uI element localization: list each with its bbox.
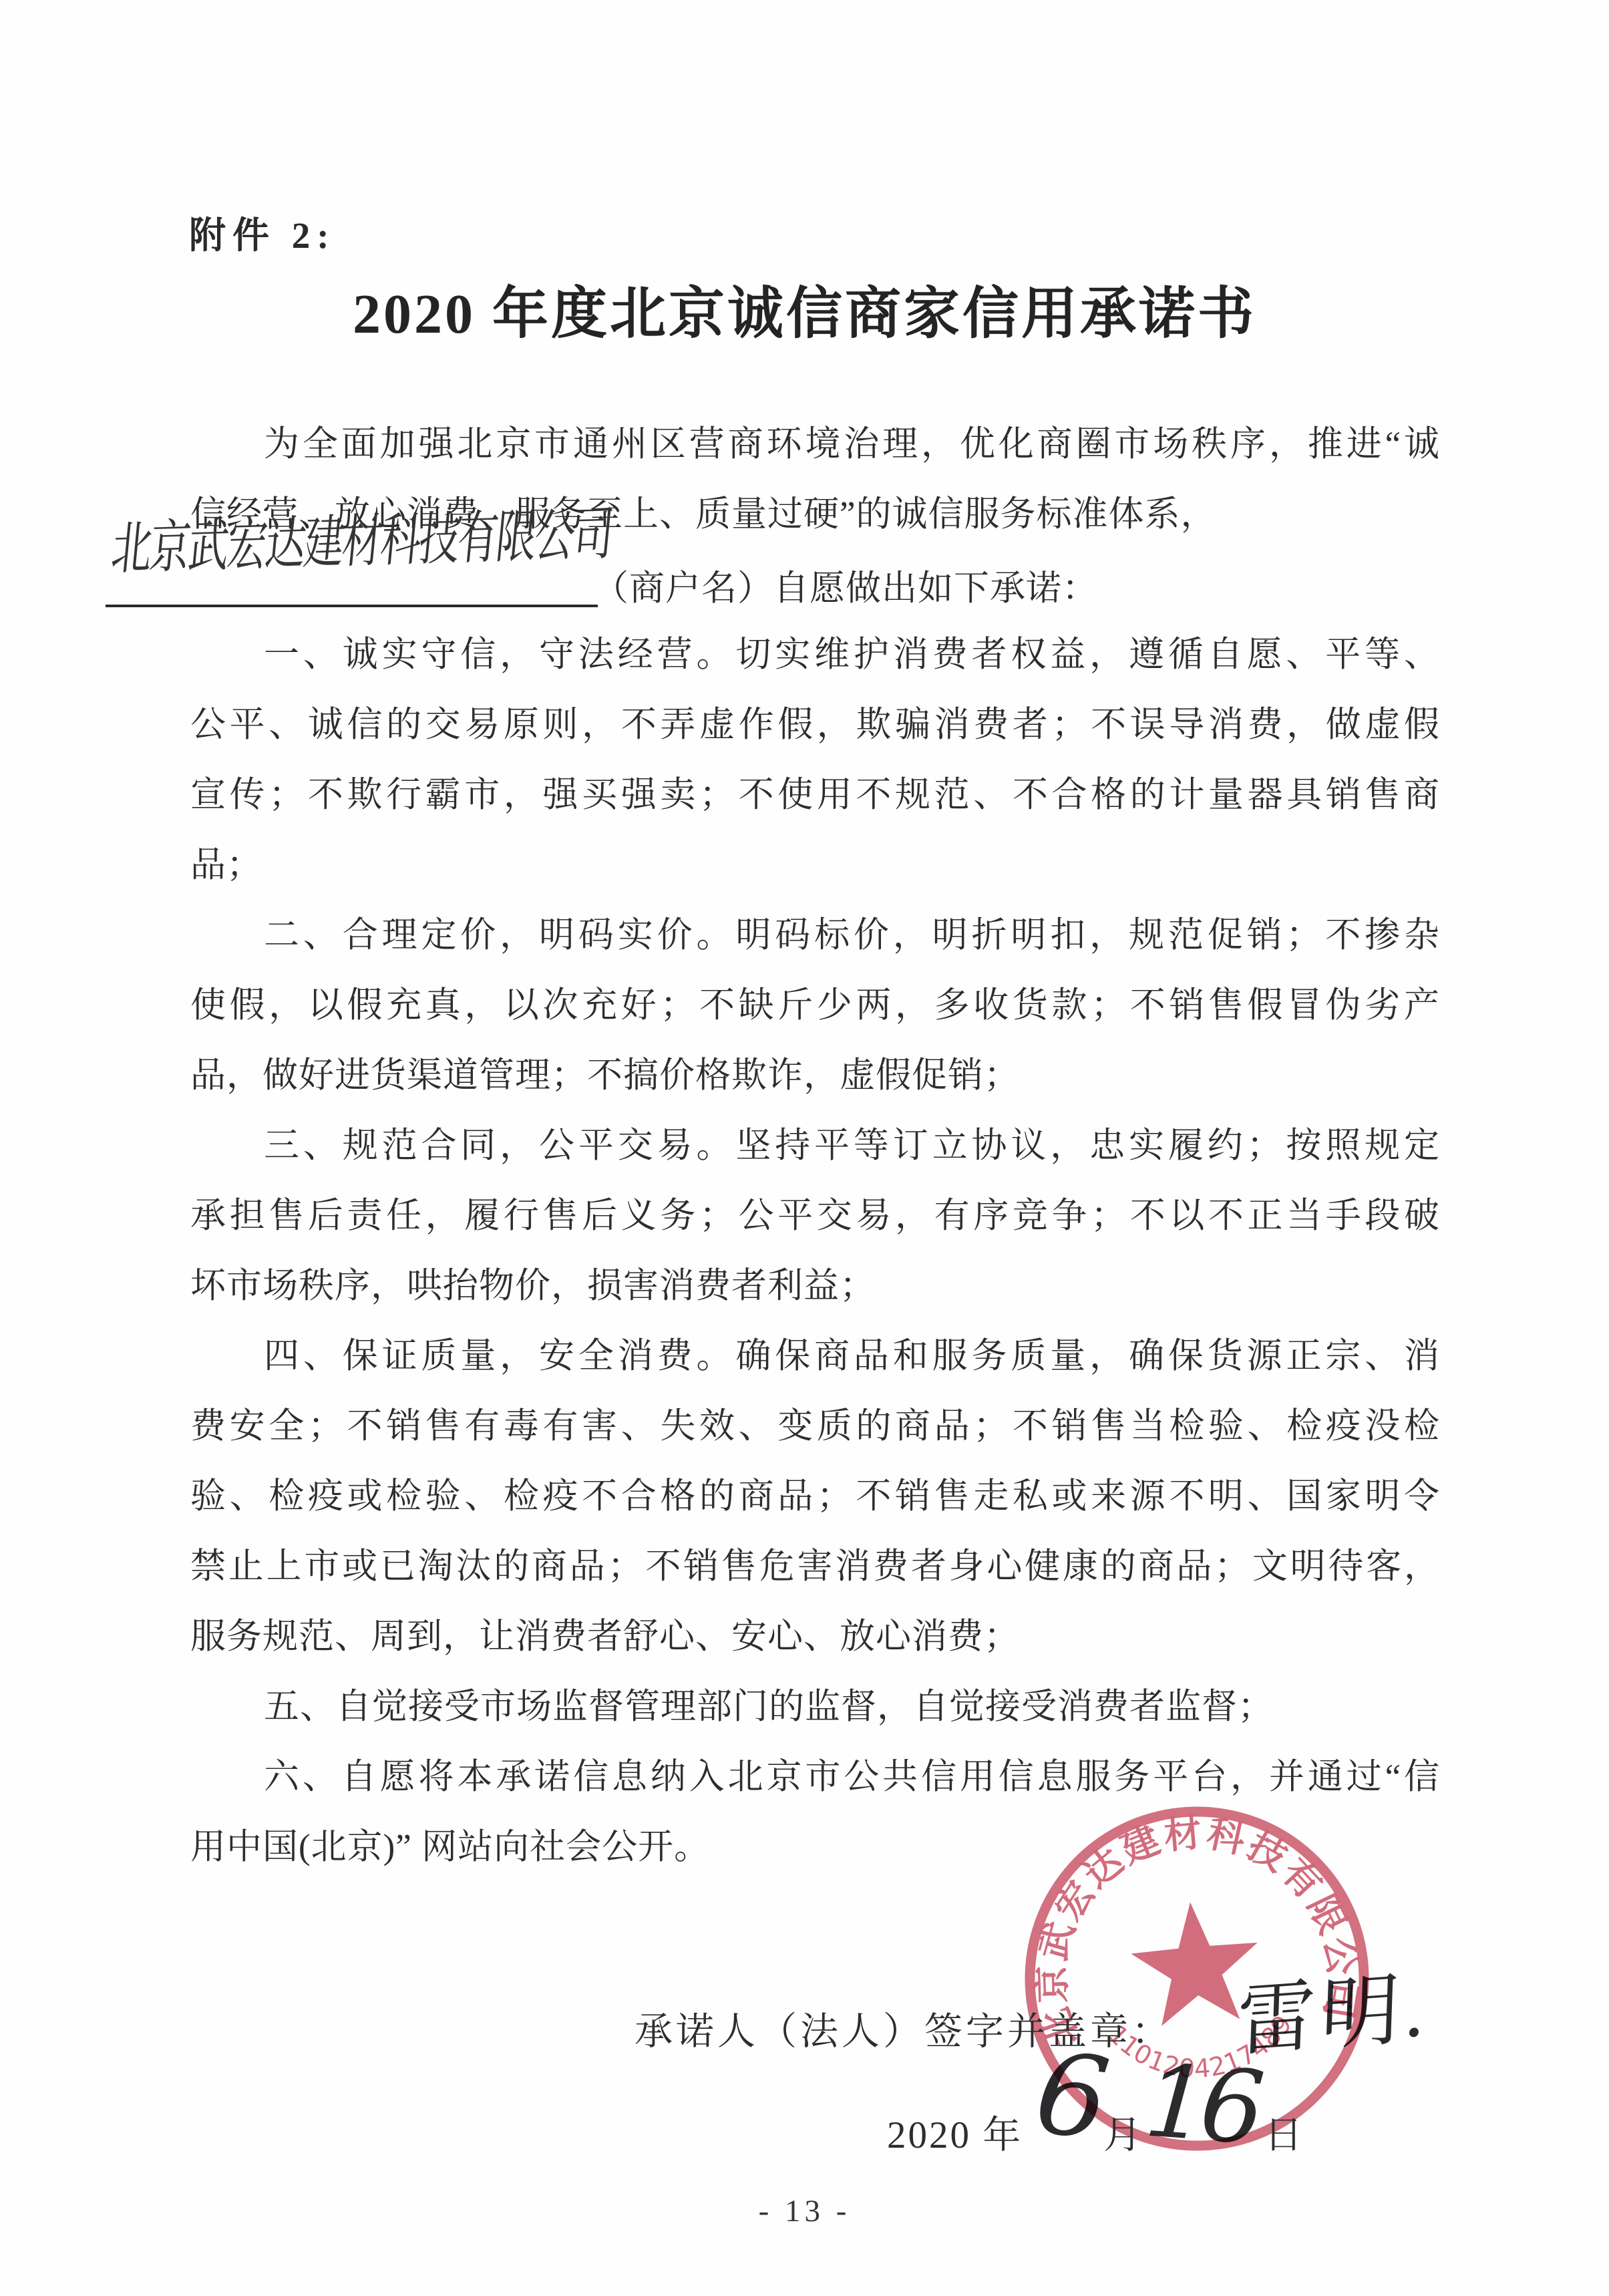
body-line: 宣传；不欺行霸市，强买强卖；不使用不规范、不合格的计量器具销售商 (190, 770, 1439, 820)
body-line: 三、规范合同，公平交易。坚持平等订立协议，忠实履约；按照规定 (190, 1121, 1439, 1170)
body-line: 承担售后责任，履行售后义务；公平交易，有序竞争；不以不正当手段破 (190, 1191, 1439, 1241)
body-line: 使假，以假充真，以次充好；不缺斤少两，多收货款；不销售假冒伪劣产 (190, 981, 1439, 1030)
page-title: 2020 年度北京诚信商家信用承诺书 (0, 269, 1609, 349)
handwritten-signature: 雷明. (1235, 1943, 1432, 2071)
body-line: 为全面加强北京市通州区营商环境治理，优化商圈市场秩序，推进“诚 (190, 420, 1439, 469)
document-page: 附件 2: 2020 年度北京诚信商家信用承诺书 为全面加强北京市通州区营商环境… (0, 0, 1609, 2296)
page-number: - 13 - (0, 2193, 1609, 2229)
body-line: 费安全；不销售有毒有害、失效、变质的商品；不销售当检验、检疫没检 (190, 1402, 1439, 1451)
body-line: 服务规范、周到，让消费者舒心、安心、放心消费； (190, 1612, 1439, 1661)
date-day-label: 日 (1264, 2104, 1304, 2159)
body-line: 品，做好进货渠道管理；不搞价格欺诈，虚假促销； (190, 1051, 1439, 1100)
body-line: 坏市场秩序，哄抬物价，损害消费者利益； (190, 1261, 1439, 1311)
handwritten-company-name: 北京武宏达建材科技有限公司 (108, 488, 616, 585)
body-line: 一、诚实守信，守法经营。切实维护消费者权益，遵循自愿、平等、 (190, 630, 1439, 679)
body-line: 品； (190, 840, 1439, 890)
body-line: 公平、诚信的交易原则，不弄虚作假，欺骗消费者；不误导消费，做虚假 (190, 700, 1439, 750)
merchant-name-underline (106, 605, 598, 607)
handwritten-day: 16 (1141, 2043, 1260, 2166)
attachment-label: 附件 2: (189, 206, 336, 259)
body-line: 二、合理定价，明码实价。明码标价，明折明扣，规范促销；不掺杂 (190, 911, 1439, 960)
date-year: 2020 年 (887, 2104, 1023, 2159)
merchant-line-printed-suffix: （商户名）自愿做出如下承诺： (593, 560, 1098, 611)
date-month-label: 月 (1103, 2104, 1143, 2159)
body-line: 验、检疫或检验、检疫不合格的商品；不销售走私或来源不明、国家明令 (190, 1472, 1439, 1521)
body-line: 五、自觉接受市场监督管理部门的监督，自觉接受消费者监督； (190, 1682, 1439, 1732)
body-line: 禁止上市或已淘汰的商品；不销售危害消费者身心健康的商品；文明待客， (190, 1542, 1439, 1591)
body-line: 四、保证质量，安全消费。确保商品和服务质量，确保货源正宗、消 (190, 1331, 1439, 1381)
